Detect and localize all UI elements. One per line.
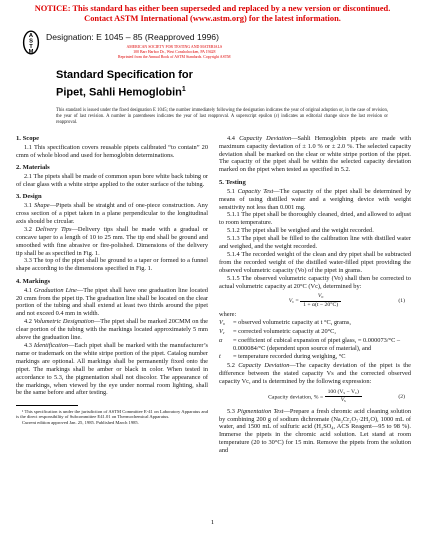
footnote-line-1: ¹ This specification is under the jurisd… xyxy=(16,409,208,420)
where-row-vo: Vo = observed volumetric capacity at t °… xyxy=(219,319,411,328)
equation-1: Vc = Vo 1 + α(t − 20°C) (1) xyxy=(219,293,411,308)
paragraph-3-1: 3.1 Shape—Pipets shall be straight and o… xyxy=(16,202,208,226)
society-copyright: Reprinted from the Annual Book of ASTM S… xyxy=(118,55,231,60)
equation-2: Capacity deviation, % = 100 (Vs − Vc) Vs… xyxy=(219,389,411,405)
logo-letter-m: M xyxy=(29,49,34,55)
title-footnote-ref: 1 xyxy=(182,86,186,93)
paragraph-4-2: 4.2 Volumetric Designation—The pipet sha… xyxy=(16,318,208,342)
society-address: AMERICAN SOCIETY FOR TESTING AND MATERIA… xyxy=(118,45,231,59)
document-page: NOTICE: This standard has either been su… xyxy=(0,0,425,550)
paragraph-4-3: 4.3 Identification—Each pipet shall be m… xyxy=(16,342,208,397)
superseded-notice: NOTICE: This standard has either been su… xyxy=(0,0,425,24)
footnote: ¹ This specification is under the jurisd… xyxy=(16,405,208,425)
where-row-t: t = temperature recorded during weighing… xyxy=(219,353,411,362)
paragraph-3-2: 3.2 Delivery Tips—Delivery tips shall be… xyxy=(16,226,208,258)
paragraph-2-1: 2.1 The pipets shall be made of common s… xyxy=(16,173,208,189)
left-column: 1. Scope 1.1 This specification covers r… xyxy=(16,135,208,455)
footnote-rule xyxy=(16,405,78,406)
paragraph-5-3: 5.3 Pigmentation Test—Prepare a fresh ch… xyxy=(219,408,411,455)
section-heading-scope: 1. Scope xyxy=(16,135,208,143)
paragraph-4-1: 4.1 Graduation Line—The pipet shall have… xyxy=(16,287,208,319)
paragraph-5-1-4: 5.1.4 The recorded weight of the clean a… xyxy=(219,251,411,275)
paragraph-3-3: 3.3 The top of the pipet shall be ground… xyxy=(16,257,208,273)
section-heading-testing: 5. Testing xyxy=(219,179,411,187)
document-header: A S T M Designation: E 1045 – 85 (Reappr… xyxy=(22,30,425,59)
astm-logo: A S T M xyxy=(22,30,40,55)
equation-2-number: (2) xyxy=(398,393,405,400)
paragraph-1-1: 1.1 This specification covers reusable p… xyxy=(16,144,208,160)
equation-1-number: (1) xyxy=(398,298,405,305)
page-number: 1 xyxy=(0,519,425,526)
right-column: 4.4 Capacity Deviation—Sahli Hemoglobin … xyxy=(219,135,411,455)
where-row-vc: Vc = corrected volumetric capacity at 20… xyxy=(219,328,411,337)
body-columns: 1. Scope 1.1 This specification covers r… xyxy=(16,135,411,455)
section-heading-design: 3. Design xyxy=(16,193,208,201)
page-title: Standard Specification for Pipet, Sahli … xyxy=(56,69,425,100)
paragraph-4-4: 4.4 Capacity Deviation—Sahli Hemoglobin … xyxy=(219,135,411,175)
footnote-line-2: Current edition approved Jan. 25, 1985. … xyxy=(16,420,208,426)
where-row-alpha: α = coefficient of cubical expansion of … xyxy=(219,337,411,353)
notice-line-1: NOTICE: This standard has either been su… xyxy=(0,4,425,14)
where-label: where: xyxy=(219,311,411,319)
where-list: where: Vo = observed volumetric capacity… xyxy=(219,311,411,361)
designation-text: Designation: E 1045 – 85 (Reapproved 199… xyxy=(46,32,231,42)
notice-line-2: Contact ASTM International (www.astm.org… xyxy=(0,14,425,24)
paragraph-5-1-2: 5.1.2 The pipet shall be weighed and the… xyxy=(219,227,411,235)
section-heading-markings: 4. Markings xyxy=(16,278,208,286)
section-heading-materials: 2. Materials xyxy=(16,164,208,172)
society-street: 100 Barr Harbor Dr., West Conshohocken, … xyxy=(118,50,231,55)
paragraph-5-1-1: 5.1.1 The pipet shall be thoroughly clea… xyxy=(219,211,411,227)
paragraph-5-1-5: 5.1.5 The observed volumetric capacity (… xyxy=(219,275,411,291)
paragraph-5-1-3: 5.1.3 The pipet shall be filled to the c… xyxy=(219,235,411,251)
paragraph-5-1: 5.1 Capacity Test—The capacity of the pi… xyxy=(219,188,411,212)
boilerplate-note: This standard is issued under the fixed … xyxy=(56,108,388,126)
paragraph-5-2: 5.2 Capacity Deviation—The capacity devi… xyxy=(219,362,411,386)
title-line-2: Pipet, Sahli Hemoglobin1 xyxy=(56,83,425,100)
title-line-1: Standard Specification for xyxy=(56,69,425,83)
